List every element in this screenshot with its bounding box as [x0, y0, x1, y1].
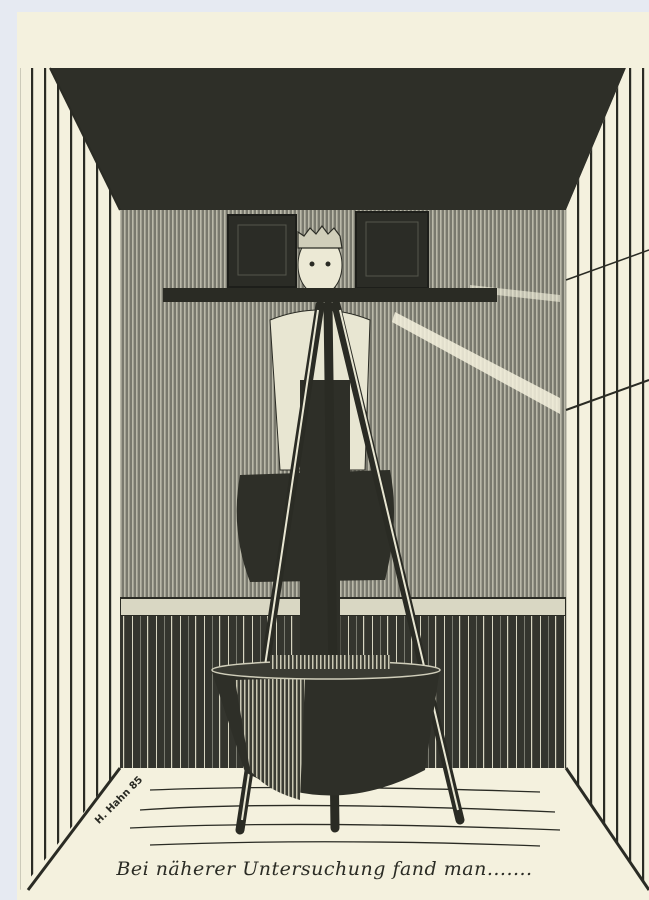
illustration [0, 0, 649, 900]
draped-pedestal [237, 470, 394, 582]
crossbar [163, 288, 497, 302]
ceiling [50, 68, 626, 210]
wainscot-rail [120, 598, 566, 616]
camera-right [356, 212, 428, 288]
floor [130, 787, 560, 846]
left-wall [20, 68, 120, 890]
right-wall [566, 68, 649, 890]
caption: Bei näherer Untersuchung fand man....... [0, 858, 649, 880]
